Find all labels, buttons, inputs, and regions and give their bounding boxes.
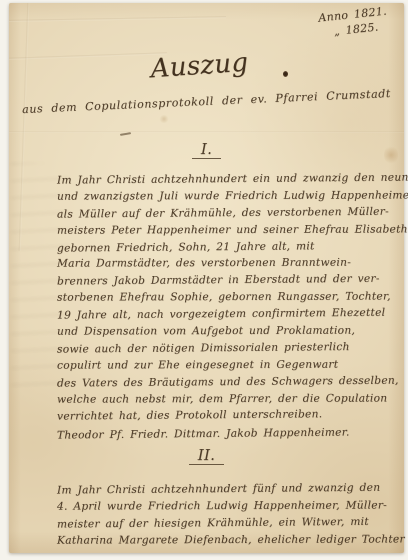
manuscript-line: und zwanzigsten Juli wurde Friedrich Lud… <box>57 187 408 205</box>
year-annotation: Anno 1821. „ 1825. <box>318 3 389 40</box>
paper-crease <box>9 16 226 22</box>
manuscript-line: copulirt und zur Ehe eingesegnet in Gege… <box>57 356 408 374</box>
manuscript-line: meister auf der hiesigen Krähmühle, ein … <box>57 513 405 533</box>
foxing-stain <box>159 115 169 123</box>
section-heading-1: I. <box>9 140 404 159</box>
section-2-body: Im Jahr Christi achtzehnhundert fünf und… <box>57 481 405 549</box>
section-heading-2-label: II. <box>189 446 225 465</box>
section-heading-2: II. <box>9 446 404 465</box>
manuscript-paper: Anno 1821. „ 1825. Auszug aus dem Copula… <box>9 3 404 553</box>
manuscript-line: verrichtet hat, dies Protokoll unterschr… <box>57 406 408 426</box>
manuscript-line: Im Jahr Christi achtzehnhundert ein und … <box>57 169 408 189</box>
section-heading-1-label: I. <box>192 140 221 159</box>
manuscript-line: Im Jahr Christi achtzehnhundert fünf und… <box>57 479 405 499</box>
signature-line: Theodor Pf. Friedr. Dittmar. Jakob Happe… <box>57 426 350 441</box>
manuscript-line: als Müller auf der Krähmühle, des versto… <box>57 203 408 223</box>
manuscript-line: sowie auch der nötigen Dimissorialen pri… <box>57 338 408 358</box>
paper-crease <box>9 131 404 133</box>
manuscript-line: und Dispensation vom Aufgebot und Prokla… <box>57 322 408 340</box>
pen-dash-mark <box>120 132 131 136</box>
manuscript-line: des Vaters des Bräutigams und des Schwag… <box>57 372 408 392</box>
document-subtitle: aus dem Copulationsprotokoll der ev. Pfa… <box>9 86 404 116</box>
manuscript-line: Katharina Margarete Diefenbach, eheliche… <box>57 531 405 549</box>
manuscript-line: 4. April wurde Friedrich Ludwig Happenhe… <box>57 497 405 515</box>
manuscript-line: meisters Peter Happenheimer und seiner E… <box>57 221 408 239</box>
scanned-manuscript-page: { "scan": { "kind": "handwritten church … <box>0 0 408 560</box>
section-1-body: Im Jahr Christi achtzehnhundert ein und … <box>57 171 408 424</box>
document-title: Auszug <box>8 38 390 95</box>
manuscript-line: 19 Jahre alt, nach vorgezeigtem confirmi… <box>57 305 408 325</box>
